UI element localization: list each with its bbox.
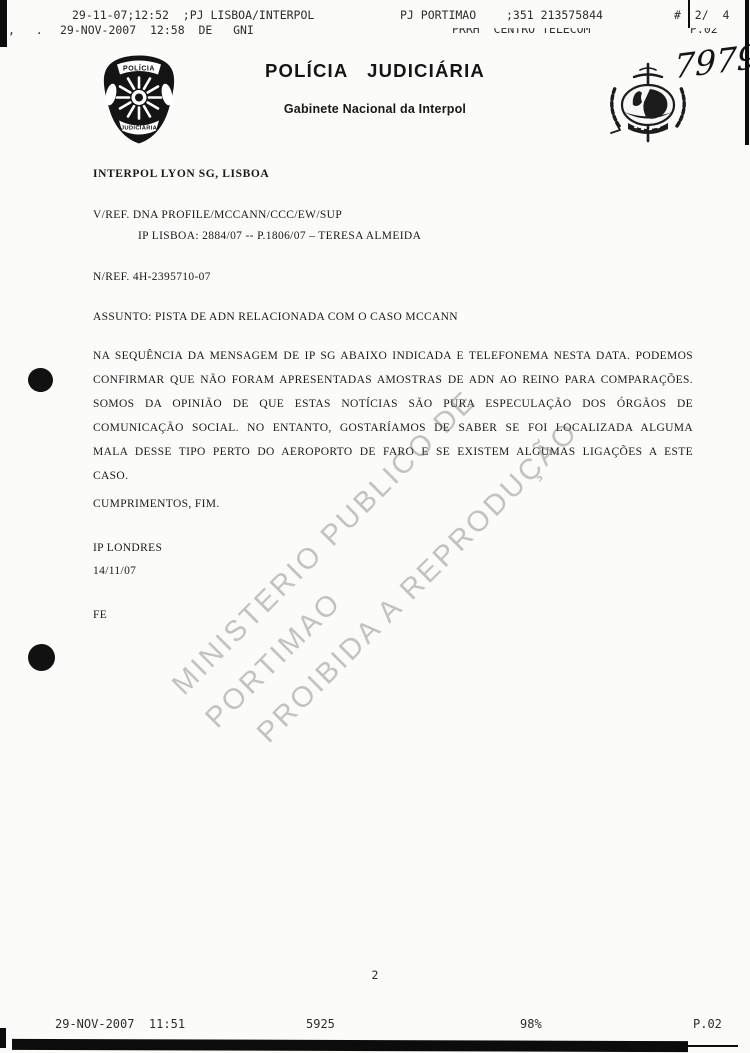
body-line: NA SEQUÊNCIA DA MENSAGEM DE IP SG ABAIXO… [93, 344, 693, 368]
letter-body-paragraph: NA SEQUÊNCIA DA MENSAGEM DE IP SG ABAIXO… [93, 344, 693, 488]
scan-artifact-top-divider [688, 0, 690, 28]
our-reference-line: N/REF. 4H-2395710-07 [93, 271, 211, 283]
svg-text:JUDICIÁRIA: JUDICIÁRIA [121, 125, 158, 132]
fax-header-stray-marks: , . [8, 23, 43, 37]
body-line: COMUNICAÇÃO SOCIAL. NO ENTANTO, GOSTARÍA… [93, 416, 693, 440]
punch-hole-bottom [27, 643, 57, 673]
body-line: MALA DESSE TIPO PERTO DO AEROPORTO DE FA… [93, 440, 693, 464]
body-line: SOMOS DA OPINIÃO DE QUE ESTAS NOTÍCIAS S… [93, 392, 693, 416]
fax-header-telecom-center: PRRH CENTRO TELECOM [452, 22, 590, 36]
fax-header-station: PJ PORTIMAO [400, 8, 476, 22]
scan-artifact-bottom-bar-tail [686, 1045, 738, 1047]
your-reference-line: V/REF. DNA PROFILE/MCCANN/CCC/EW/SUP [93, 209, 342, 221]
punch-hole-top [26, 366, 55, 394]
fax-footer-code: 5925 [306, 1017, 335, 1031]
fax-header-page-label: P.02 [690, 22, 718, 36]
scan-artifact-bottom-bar [12, 1039, 688, 1052]
scanned-fax-document: { "fax_header": { "line1_left": "29-11-0… [0, 0, 750, 1053]
fax-footer-quality: 98% [520, 1017, 542, 1031]
fax-header-phone: ;351 213575844 [506, 8, 603, 22]
letter-date: 14/11/07 [93, 565, 136, 577]
page-number: 2 [0, 968, 750, 982]
fax-footer-page-label: P.02 [693, 1017, 722, 1031]
fax-header-page-count: # 2/ 4 [674, 8, 729, 22]
fax-header-datetime-source: 29-11-07;12:52 ;PJ LISBOA/INTERPOL [72, 8, 314, 22]
scan-artifact-top-left [0, 0, 7, 47]
sender-initials: FE [93, 609, 107, 621]
body-line: CASO. [93, 464, 693, 488]
scan-artifact-bottom-left [0, 1028, 6, 1048]
fax-footer-timestamp: 29-NOV-2007 11:51 [55, 1017, 185, 1031]
addressee-line: INTERPOL LYON SG, LISBOA [93, 168, 269, 180]
subject-line: ASSUNTO: PISTA DE ADN RELACIONADA COM O … [93, 311, 458, 323]
fax-header-date-sender: 29-NOV-2007 12:58 DE GNI [60, 23, 254, 37]
body-line: CONFIRMAR QUE NÃO FORAM APRESENTADAS AMO… [93, 368, 693, 392]
closing-line: CUMPRIMENTOS, FIM. [93, 498, 220, 510]
sender-line: IP LONDRES [93, 542, 162, 554]
scan-artifact-right-edge [745, 0, 749, 145]
ip-lisboa-reference-line: IP LISBOA: 2884/07 -- P.1806/07 – TERESA… [138, 230, 421, 242]
